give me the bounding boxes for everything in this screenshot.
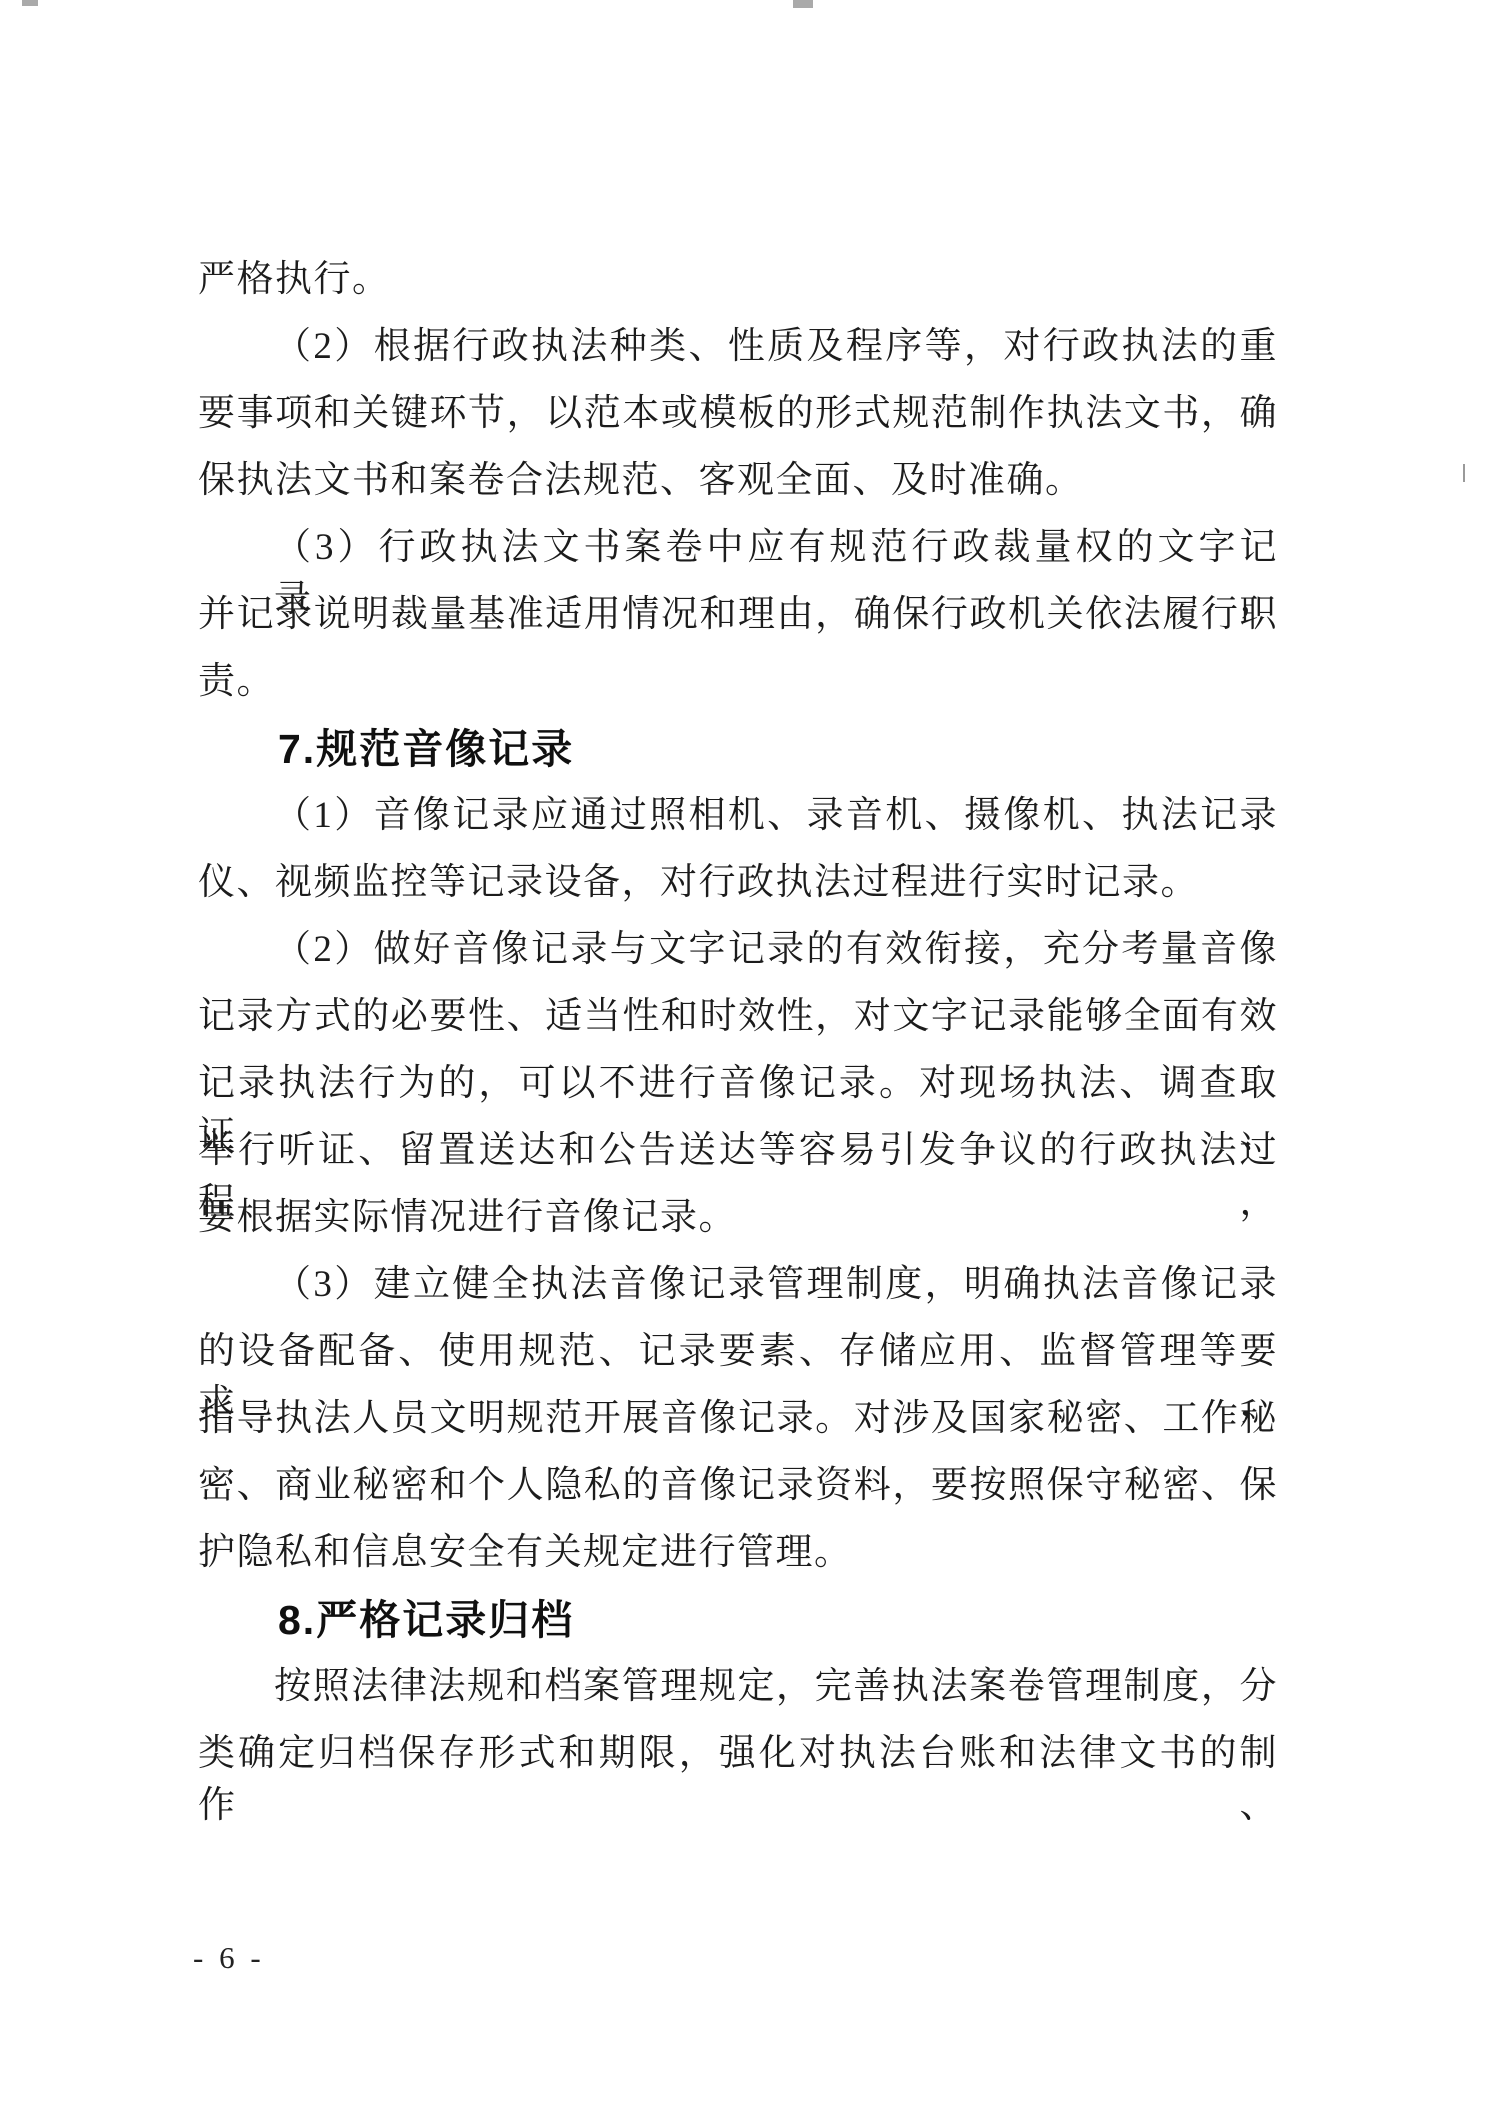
page-number: - 6 - (193, 1940, 265, 1976)
text-line: 密、商业秘密和个人隐私的音像记录资料，要按照保守秘密、保 (198, 1460, 1278, 1512)
scan-artifact-top-center (793, 0, 813, 8)
section-heading-7: 7.规范音像记录 (198, 723, 1278, 775)
text-line: 责。 (198, 656, 1278, 708)
text-line: 的设备配备、使用规范、记录要素、存储应用、监督管理等要求， (198, 1326, 1278, 1378)
text-line: 举行听证、留置送达和公告送达等容易引发争议的行政执法过程， (198, 1125, 1278, 1177)
text-line: 保执法文书和案卷合法规范、客观全面、及时准确。 (198, 455, 1278, 507)
text-line: 护隐私和信息安全有关规定进行管理。 (198, 1527, 1278, 1579)
scan-artifact-right-margin (1463, 464, 1465, 482)
text-line: 记录执法行为的，可以不进行音像记录。对现场执法、调查取证、 (198, 1058, 1278, 1110)
text-line: （3）行政执法文书案卷中应有规范行政裁量权的文字记录， (198, 522, 1278, 574)
text-line: 并记录说明裁量基准适用情况和理由，确保行政机关依法履行职 (198, 589, 1278, 641)
section-heading-8: 8.严格记录归档 (198, 1594, 1278, 1646)
text-line: （3）建立健全执法音像记录管理制度，明确执法音像记录 (198, 1259, 1278, 1311)
text-line: 按照法律法规和档案管理规定，完善执法案卷管理制度，分 (198, 1661, 1278, 1713)
text-line: 要根据实际情况进行音像记录。 (198, 1192, 1278, 1244)
text-line: （2）根据行政执法种类、性质及程序等，对行政执法的重 (198, 321, 1278, 373)
text-line: 仪、视频监控等记录设备，对行政执法过程进行实时记录。 (198, 857, 1278, 909)
text-line: 类确定归档保存形式和期限，强化对执法台账和法律文书的制作、 (198, 1728, 1278, 1780)
document-page: 严格执行。 （2）根据行政执法种类、性质及程序等，对行政执法的重 要事项和关键环… (0, 0, 1487, 2102)
text-line: 指导执法人员文明规范开展音像记录。对涉及国家秘密、工作秘 (198, 1393, 1278, 1445)
text-line: （2）做好音像记录与文字记录的有效衔接，充分考量音像 (198, 924, 1278, 976)
scan-artifact-top-left (22, 0, 38, 6)
text-line: 要事项和关键环节，以范本或模板的形式规范制作执法文书，确 (198, 388, 1278, 440)
text-line: 记录方式的必要性、适当性和时效性，对文字记录能够全面有效 (198, 991, 1278, 1043)
text-line: 严格执行。 (198, 254, 1278, 306)
text-line: （1）音像记录应通过照相机、录音机、摄像机、执法记录 (198, 790, 1278, 842)
